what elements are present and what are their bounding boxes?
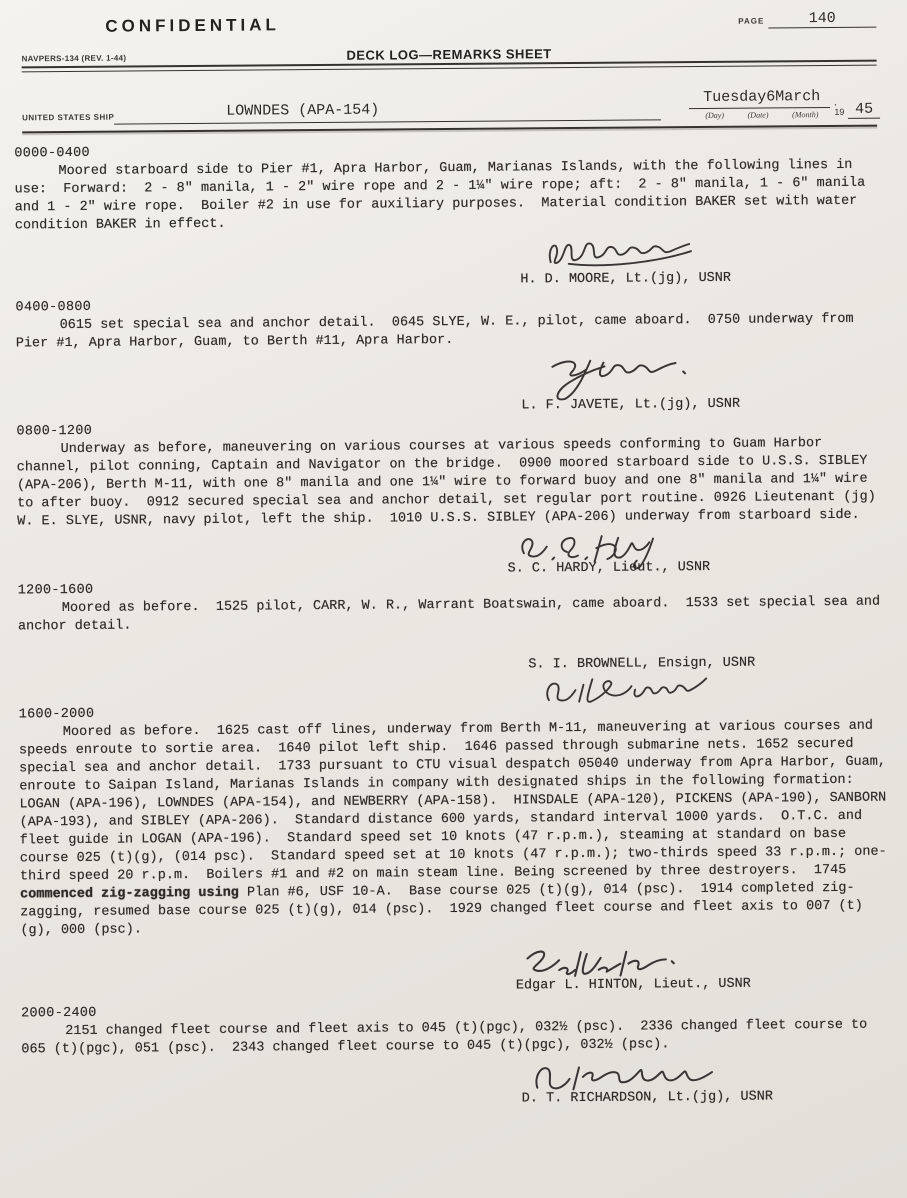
form-number: NAVPERS-134 (REV. 1-44) — [22, 54, 127, 64]
day-value: Tuesday — [703, 89, 766, 107]
deck-log-page: CONFIDENTIAL PAGE 140 NAVPERS-134 (REV. … — [0, 0, 907, 1198]
signature-typed-javete: L. F. JAVETE, Lt.(jg), USNR — [521, 395, 887, 416]
classification-stamp: CONFIDENTIAL — [105, 15, 280, 36]
year-value: 45 — [848, 102, 881, 119]
month-value: March — [775, 88, 820, 106]
page-label: PAGE — [738, 17, 764, 29]
log-entry-2000-2400: 2000-2400 2151 changed fleet course and … — [21, 999, 893, 1113]
signature-typed-moore: H. D. MOORE, Lt.(jg), USNR — [520, 269, 886, 290]
log-entry-1600-2000: 1600-2000 Moored as before. 1625 cast of… — [19, 700, 892, 1000]
ship-label: UNITED STATES SHIP — [22, 113, 114, 126]
signature-block-javete: L. F. JAVETE, Lt.(jg), USNR — [521, 353, 887, 416]
page-number: 140 — [768, 11, 876, 29]
signature-typed-hinton: Edgar L. HINTON, Lieut., USNR — [516, 975, 892, 996]
year-field: , 19 45 — [834, 97, 880, 119]
date-field: Tuesday 6 March (Day) (Date) (Month) — [689, 88, 830, 120]
remarks-text: 0615 set special sea and anchor detail. … — [16, 311, 887, 354]
date-value: 6 — [766, 88, 775, 106]
signature-typed-richardson: D. T. RICHARDSON, Lt.(jg), USNR — [522, 1088, 893, 1109]
signature-block-moore: H. D. MOORE, Lt.(jg), USNR — [520, 233, 886, 290]
remarks-text: Moored as before. 1525 pilot, CARR, W. R… — [18, 594, 889, 637]
remarks-text: Moored as before. 1625 cast off lines, u… — [19, 718, 892, 941]
log-entry-0400-0800: 0400-0800 0615 set special sea and ancho… — [15, 293, 887, 420]
remarks-text: Moored starboard side to Pier #1, Apra H… — [14, 157, 886, 236]
remarks-text: Underway as before, maneuvering on vario… — [17, 435, 889, 532]
day-label: (Day) — [705, 111, 724, 120]
signature-block-hinton: Edgar L. HINTON, Lieut., USNR — [516, 940, 892, 996]
log-entry-0000-0400: 0000-0400 Moored starboard side to Pier … — [14, 139, 886, 294]
emphasized-text: commenced zig-zagging using — [20, 886, 239, 903]
signature-lf-javete-script — [541, 354, 721, 401]
signature-block-hardy: S. C. HARDY, Lieut., USNR — [507, 527, 888, 579]
month-label: (Month) — [792, 110, 818, 119]
date-label: (Date) — [748, 110, 769, 119]
page-header: CONFIDENTIAL PAGE 140 NAVPERS-134 (REV. … — [0, 0, 903, 134]
remarks-log: 0000-0400 Moored starboard side to Pier … — [0, 126, 907, 1112]
signature-hd-moore-script — [538, 234, 698, 271]
ship-and-date-row: UNITED STATES SHIP LOWNDES (APA-154) Tue… — [22, 88, 877, 126]
signature-si-brownell-script — [534, 669, 712, 712]
signature-block-richardson: D. T. RICHARDSON, Lt.(jg), USNR — [521, 1055, 892, 1109]
document-title: DECK LOG—REMARKS SHEET — [346, 46, 551, 63]
ship-name: LOWNDES (APA-154) — [114, 98, 661, 124]
page-number-field: PAGE 140 — [738, 11, 876, 29]
year-prefix: , 19 — [834, 97, 848, 119]
remarks-text: 2151 changed fleet course and fleet axis… — [21, 1017, 892, 1060]
log-entry-1200-1600: 1200-1600 Moored as before. 1525 pilot, … — [18, 576, 890, 717]
log-entry-0800-1200: 0800-1200 Underway as before, maneuverin… — [16, 417, 888, 583]
